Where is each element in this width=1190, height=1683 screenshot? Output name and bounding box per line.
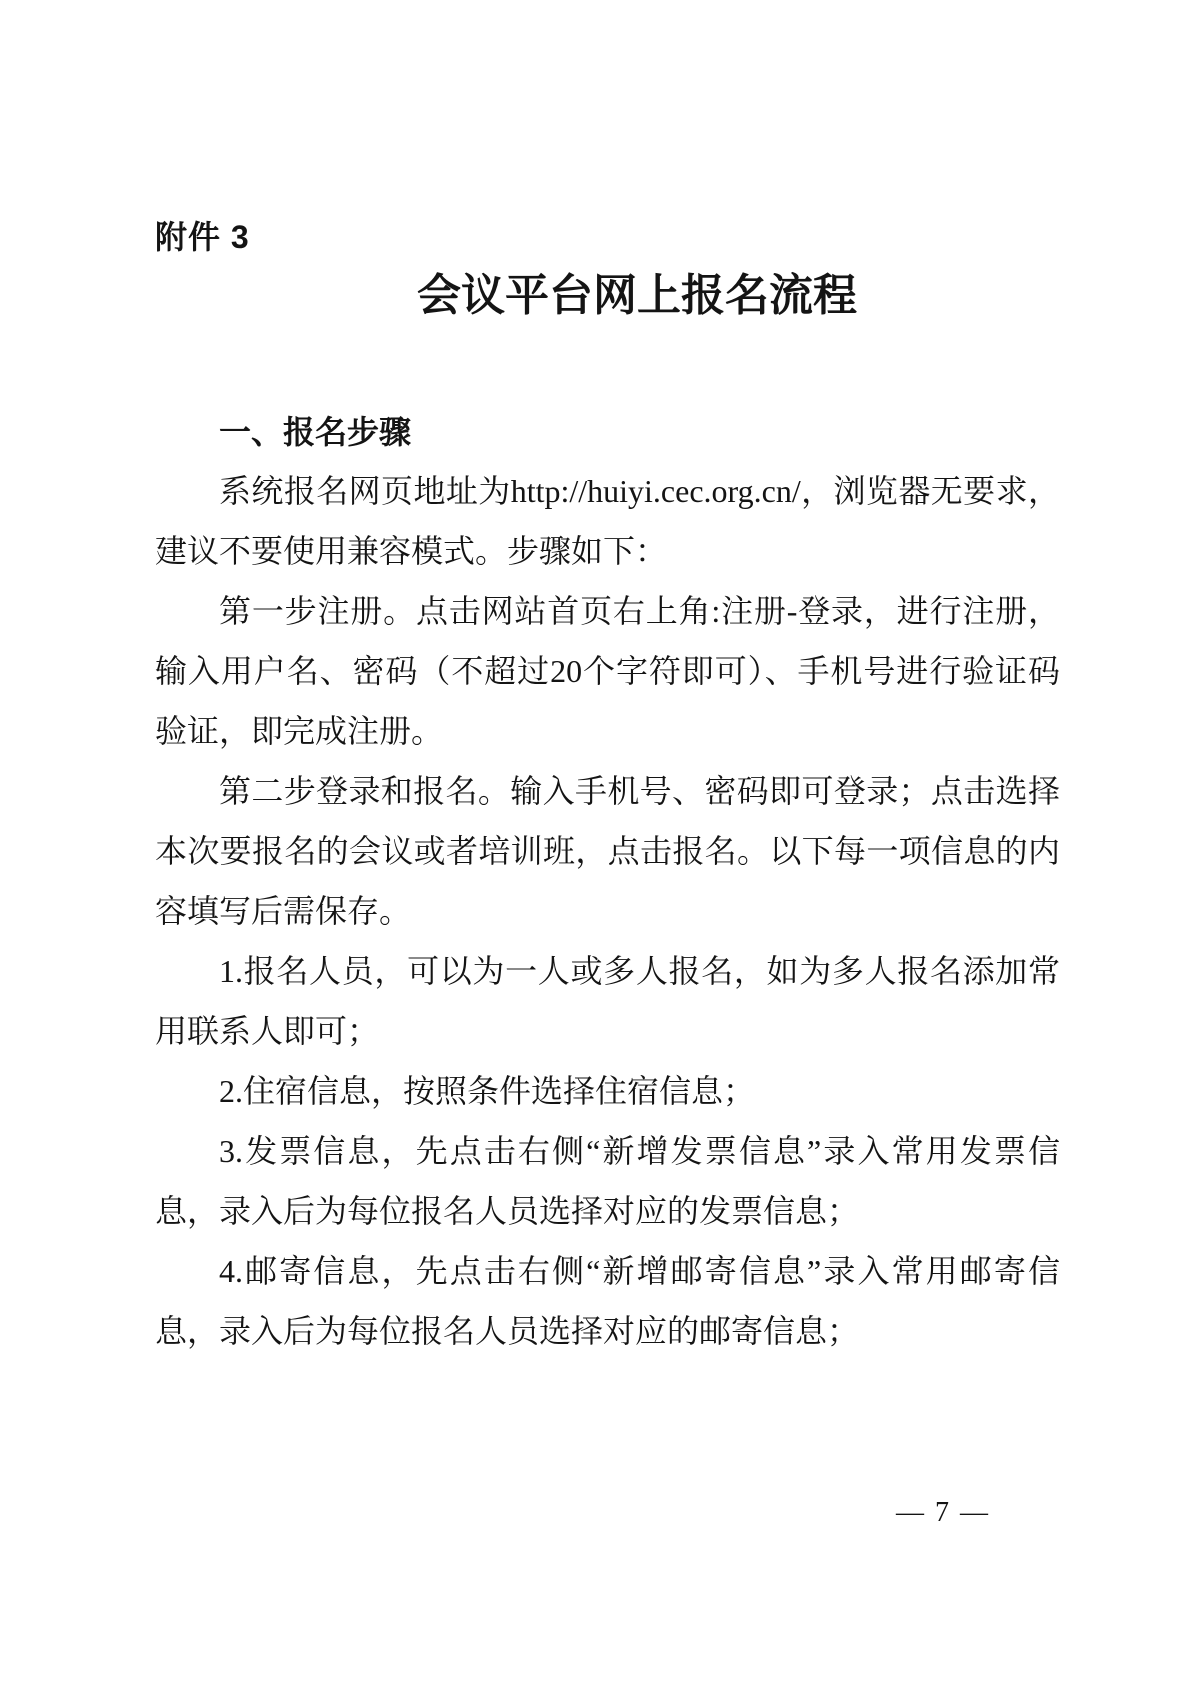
document-title: 会议平台网上报名流程 <box>417 270 1060 322</box>
paragraph-step2: 第二步登录和报名。输入手机号、密码即可登录；点击选择本次要报名的会议或者培训班，… <box>155 761 1060 941</box>
body-text: 系统报名网页地址为http://huiyi.cec.org.cn/，浏览器无要求… <box>155 461 1060 1361</box>
attachment-label: 附件 3 <box>155 218 1060 256</box>
paragraph-item-3: 3.发票信息，先点击右侧“新增发票信息”录入常用发票信息，录入后为每位报名人员选… <box>155 1121 1060 1241</box>
paragraph-item-4: 4.邮寄信息，先点击右侧“新增邮寄信息”录入常用邮寄信息，录入后为每位报名人员选… <box>155 1241 1060 1361</box>
paragraph-item-1: 1.报名人员，可以为一人或多人报名，如为多人报名添加常用联系人即可； <box>155 941 1060 1061</box>
section-heading: 一、报名步骤 <box>219 412 1060 452</box>
document-page: 附件 3 会议平台网上报名流程 一、报名步骤 系统报名网页地址为http://h… <box>0 0 1190 1683</box>
paragraph-intro: 系统报名网页地址为http://huiyi.cec.org.cn/，浏览器无要求… <box>155 461 1060 581</box>
document-content: 附件 3 会议平台网上报名流程 一、报名步骤 系统报名网页地址为http://h… <box>0 218 1190 1361</box>
page-number: — 7 — <box>896 1496 990 1530</box>
paragraph-item-2: 2.住宿信息，按照条件选择住宿信息； <box>155 1061 1060 1121</box>
paragraph-step1: 第一步注册。点击网站首页右上角:注册-登录，进行注册，输入用户名、密码（不超过2… <box>155 581 1060 761</box>
